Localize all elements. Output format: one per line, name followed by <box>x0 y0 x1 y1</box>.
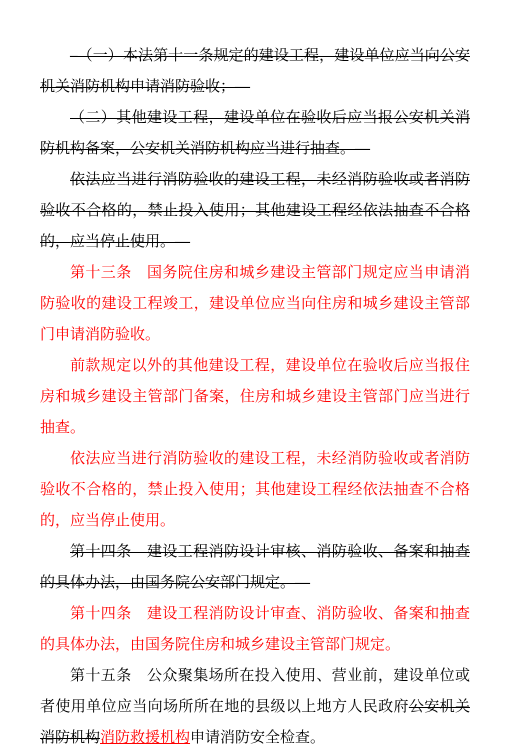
paragraph: –（一）本法第十一条规定的建设工程，建设单位应当向公安机关消防机构申请消防验收；… <box>40 41 470 103</box>
deleted-text: （二）其他建设工程，建设单位在验收后应当报公安机关消防机构备案，公安机关消防机构… <box>40 110 470 157</box>
deleted-text: 第十四条 建设工程消防设计审核、消防验收、备案和抽查的具体办法，由国务院公安部门… <box>40 544 470 591</box>
paragraph: （二）其他建设工程，建设单位在验收后应当报公安机关消防机构备案，公安机关消防机构… <box>40 103 470 165</box>
inserted-text: 消防救援机构 <box>100 730 190 746</box>
document-page: –（一）本法第十一条规定的建设工程，建设单位应当向公安机关消防机构申请消防验收；… <box>0 0 511 756</box>
inserted-text: 前款规定以外的其他建设工程，建设单位在验收后应当报住房和城乡建设主管部门备案，住… <box>40 358 470 436</box>
body-text: 第十五条 公众聚集场所在投入使用、营业前，建设单位或者使用单位应当向场所所在地的… <box>40 668 470 715</box>
body-text: 申请消防安全检查。 <box>190 730 325 746</box>
document-body: –（一）本法第十一条规定的建设工程，建设单位应当向公安机关消防机构申请消防验收；… <box>40 41 470 754</box>
paragraph: 第十五条 公众聚集场所在投入使用、营业前，建设单位或者使用单位应当向场所所在地的… <box>40 661 470 754</box>
paragraph: 第十三条 国务院住房和城乡建设主管部门规定应当申请消防验收的建设工程竣工，建设单… <box>40 258 470 351</box>
paragraph: 依法应当进行消防验收的建设工程，未经消防验收或者消防验收不合格的，禁止投入使用；… <box>40 165 470 258</box>
deleted-text: 依法应当进行消防验收的建设工程，未经消防验收或者消防验收不合格的，禁止投入使用；… <box>40 172 470 250</box>
inserted-text: 依法应当进行消防验收的建设工程，未经消防验收或者消防验收不合格的，禁止投入使用；… <box>40 451 470 529</box>
paragraph: 依法应当进行消防验收的建设工程，未经消防验收或者消防验收不合格的，禁止投入使用；… <box>40 444 470 537</box>
paragraph: 前款规定以外的其他建设工程，建设单位在验收后应当报住房和城乡建设主管部门备案，住… <box>40 351 470 444</box>
inserted-text: 第十四条 建设工程消防设计审查、消防验收、备案和抽查的具体办法，由国务院住房和城… <box>40 606 470 653</box>
inserted-text: 第十三条 国务院住房和城乡建设主管部门规定应当申请消防验收的建设工程竣工，建设单… <box>40 265 470 343</box>
deleted-text: –（一）本法第十一条规定的建设工程，建设单位应当向公安机关消防机构申请消防验收；… <box>40 48 470 95</box>
paragraph: 第十四条 建设工程消防设计审核、消防验收、备案和抽查的具体办法，由国务院公安部门… <box>40 537 470 599</box>
paragraph: 第十四条 建设工程消防设计审查、消防验收、备案和抽查的具体办法，由国务院住房和城… <box>40 599 470 661</box>
